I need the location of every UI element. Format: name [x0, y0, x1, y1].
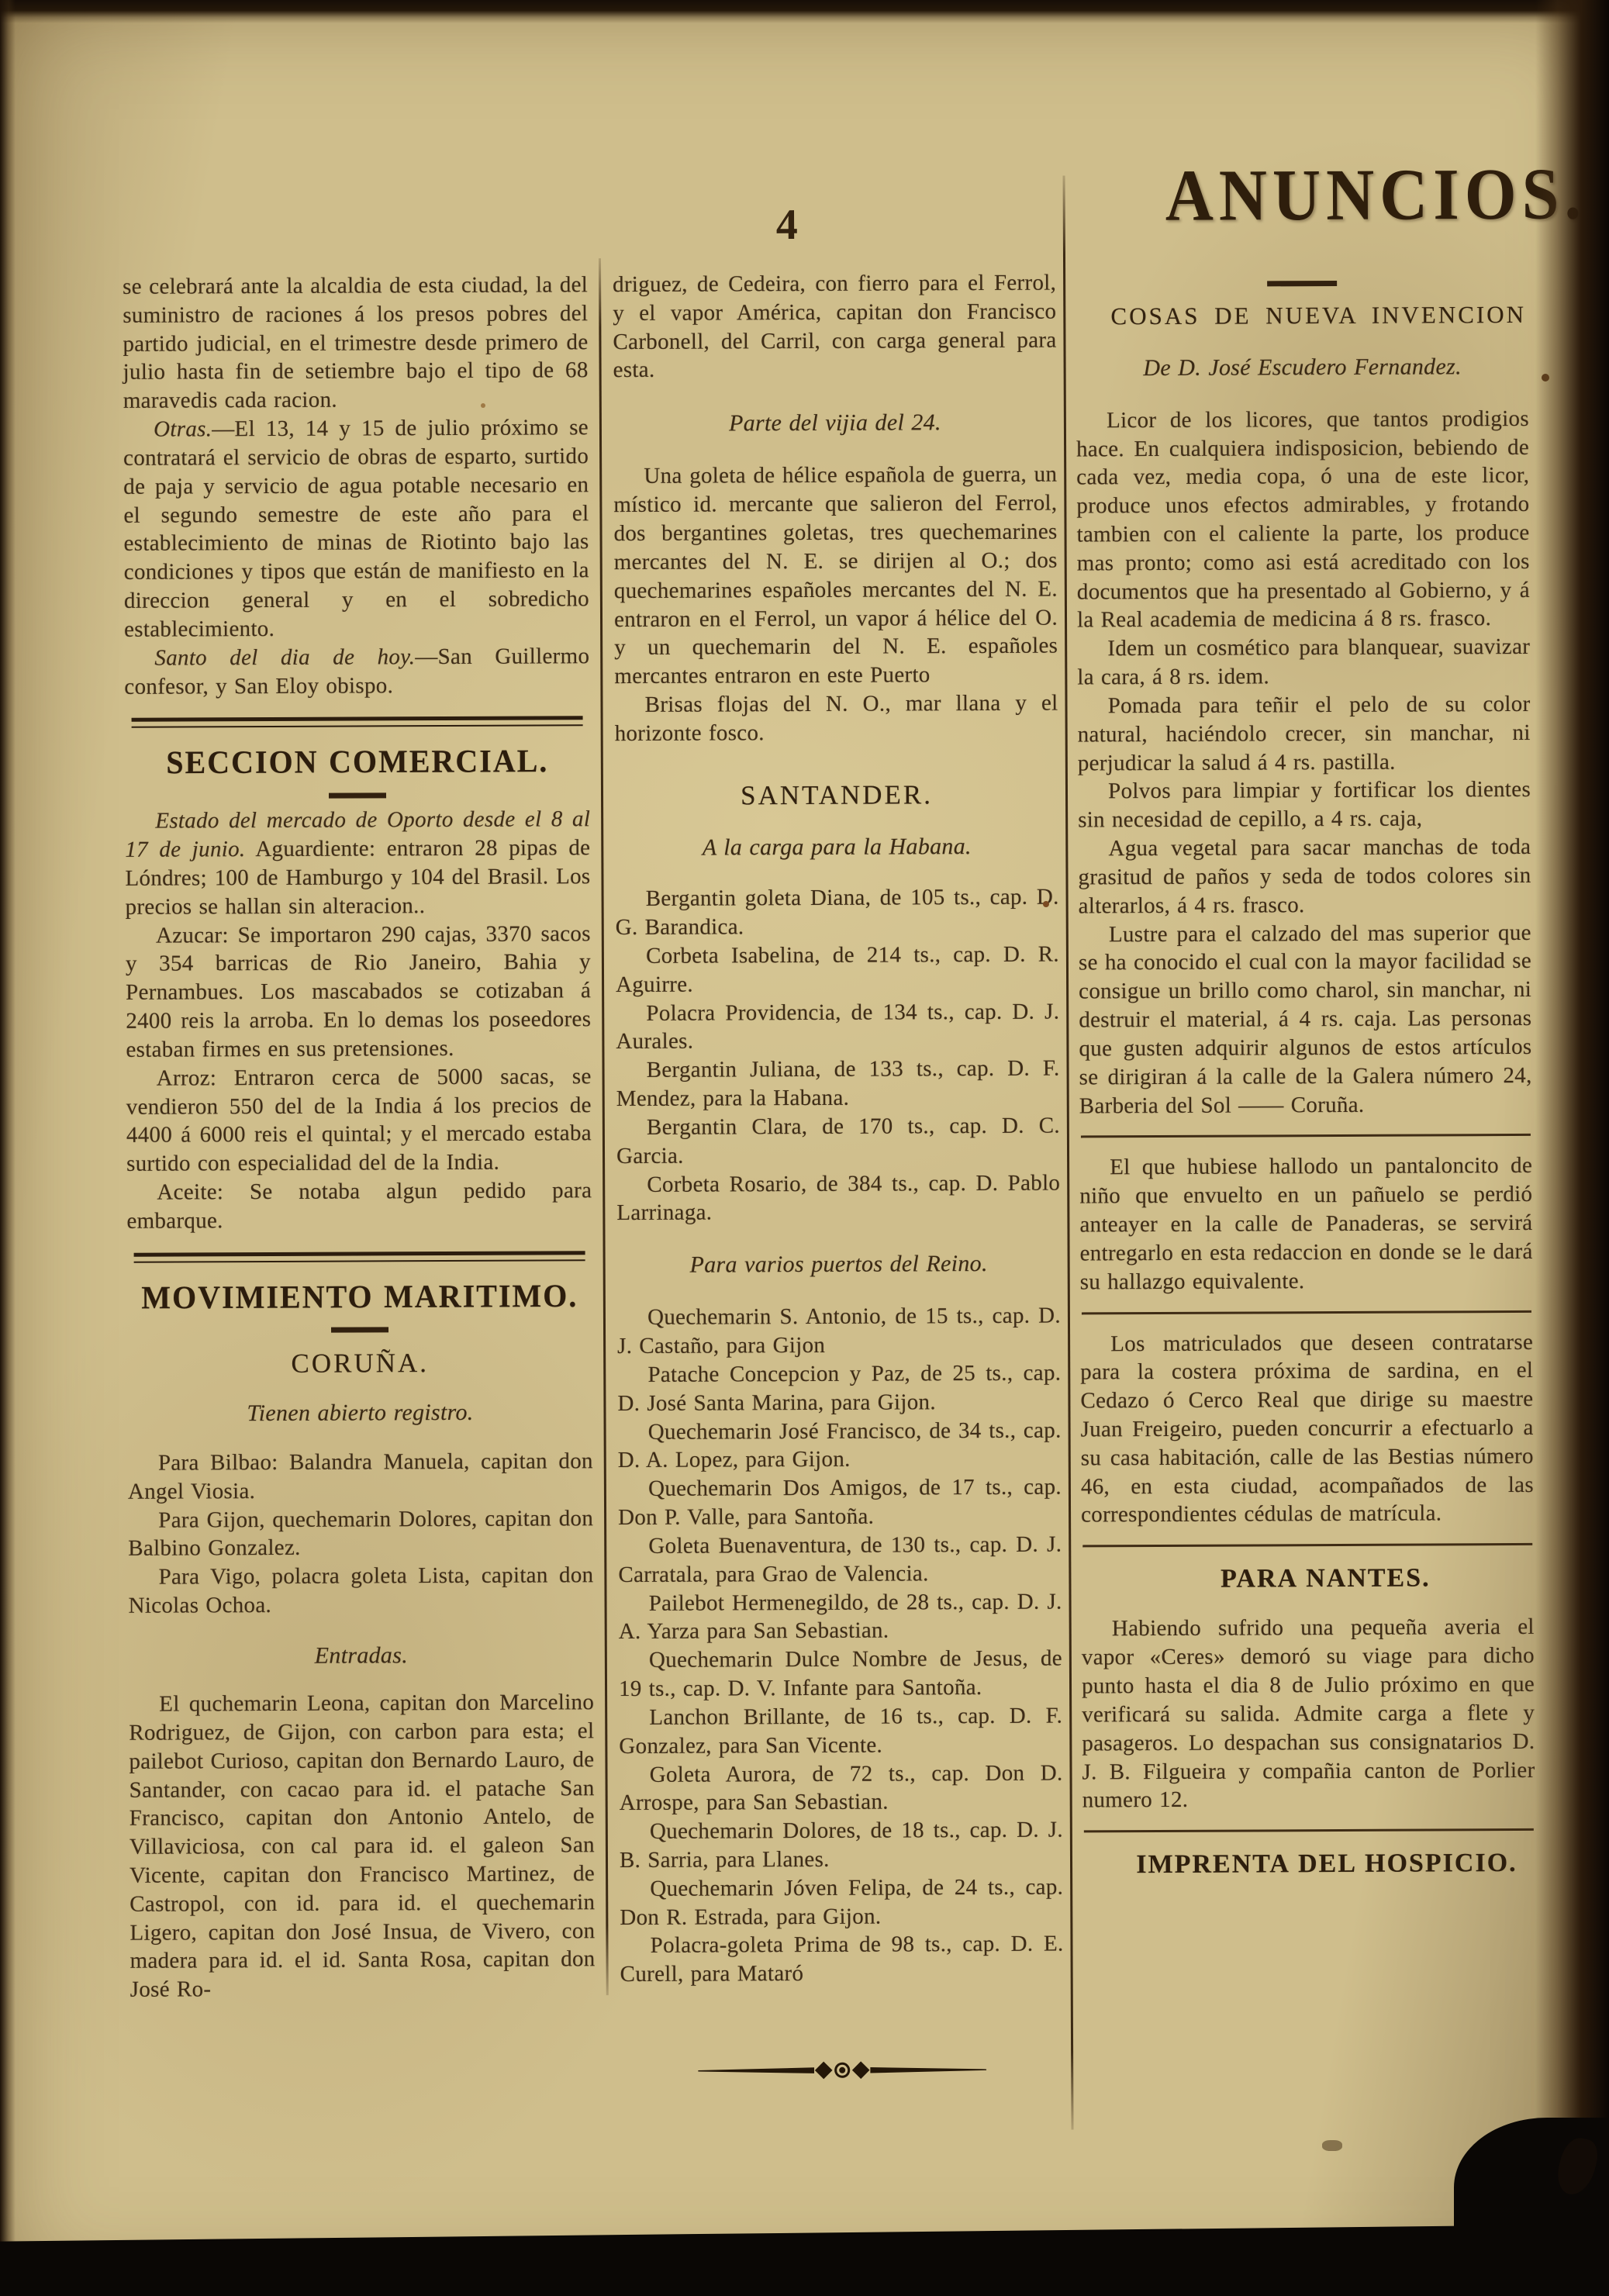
cosas-heading: COSAS DE NUEVA INVENCION — [1076, 299, 1528, 332]
paragraph: Aceite: Se notaba algun pedido para emba… — [126, 1176, 592, 1235]
subsection-heading: A la carga para la Habana. — [615, 832, 1058, 864]
ship-entry: Bergantin Clara, de 170 ts., cap. D. C. … — [616, 1111, 1060, 1170]
page-content: 4 se celebrará ante la alcaldia de esta … — [0, 0, 1609, 2296]
paragraph: Azucar: Se importaron 290 cajas, 3370 sa… — [126, 920, 592, 1065]
right-column: ANUNCIOS. COSAS DE NUEVA INVENCION De D.… — [1075, 152, 1535, 1882]
subsection-heading: Para varios puertos del Reino. — [617, 1249, 1061, 1281]
paragraph: Una goleta de hélice española de guerra,… — [613, 461, 1058, 691]
ad-paragraph: Habiendo sufrido una pequeña averia el v… — [1082, 1613, 1535, 1814]
subsection-heading: Tienen abierto registro. — [127, 1397, 592, 1429]
dash-divider — [331, 1328, 388, 1333]
ship-entry: Quechemarin José Francisco, de 34 ts., c… — [618, 1416, 1062, 1475]
ink-speck — [1542, 374, 1549, 382]
middle-column: driguez, de Cedeira, con fierro para el … — [613, 269, 1064, 2080]
ship-entry: Goleta Aurora, de 72 ts., cap. Don D. Ar… — [619, 1759, 1062, 1818]
dash-divider — [329, 793, 386, 799]
section-title-maritimo: MOVIMIENTO MARITIMO. — [127, 1276, 592, 1319]
dash-divider — [1267, 281, 1337, 286]
ship-entry: Lanchon Brillante, de 16 ts., cap. D. F.… — [619, 1701, 1062, 1760]
page-number: 4 — [741, 200, 834, 250]
ad-divider — [1084, 1828, 1534, 1833]
column-rule-right — [1063, 176, 1074, 2130]
left-column: se celebrará ante la alcaldia de esta ci… — [123, 271, 596, 2004]
ornament-bar-icon — [870, 2066, 986, 2074]
ad-paragraph: Lustre para el calzado del mas superior … — [1079, 918, 1532, 1120]
ship-entry: Para Bilbao: Balandra Manuela, capitan d… — [128, 1447, 593, 1506]
ship-entry: Goleta Buenaventura, de 130 ts., cap. D.… — [618, 1530, 1062, 1589]
ship-entry: Polacra Providencia, de 134 ts., cap. D.… — [616, 997, 1059, 1056]
scan-edge-right — [1535, 0, 1609, 2296]
anuncios-title: ANUNCIOS. — [1075, 147, 1528, 243]
subsection-heading: Parte del vijia del 24. — [613, 408, 1057, 440]
scan-edge-top — [0, 0, 1609, 23]
paragraph: Brisas flojas del N. O., mar llana y el … — [614, 689, 1058, 748]
paragraph: Otras.—El 13, 14 y 15 de julio próximo s… — [123, 413, 589, 644]
ornament-diamond-icon — [852, 2062, 870, 2080]
section-divider — [134, 1251, 585, 1263]
scan-edge-left — [0, 0, 16, 2296]
ad-paragraph: Pomada para teñir el pelo de su color na… — [1077, 690, 1530, 778]
ship-entry: Quechemarin Dolores, de 18 ts., cap. D. … — [620, 1816, 1063, 1875]
ship-entry: Quechemarin Jóven Felipa, de 24 ts., cap… — [620, 1873, 1063, 1932]
paragraph: Estado del mercado de Oporto desde el 8 … — [125, 805, 591, 921]
section-title-comercial: SECCION COMERCIAL. — [125, 741, 590, 784]
ship-entry: Polacra-goleta Prima de 98 ts., cap. D. … — [620, 1930, 1063, 1989]
imprenta-credit: IMPRENTA DEL HOSPICIO. — [1082, 1846, 1535, 1882]
ship-entry: Corbeta Isabelina, de 214 ts., cap. D. R… — [616, 940, 1059, 999]
paragraph: driguez, de Cedeira, con fierro para el … — [613, 269, 1057, 385]
ad-paragraph: Licor de los licores, que tantos prodigi… — [1076, 405, 1530, 635]
ornament-bar-icon — [698, 2067, 814, 2075]
port-heading: SANTANDER. — [615, 777, 1058, 813]
ship-entry: Bergantin Juliana, de 133 ts., cap. D. F… — [616, 1055, 1059, 1113]
subsection-heading: Entradas. — [129, 1640, 594, 1672]
paragraph-lead: Otras. — [154, 416, 212, 441]
paragraph-lead: Santo del dia de hoy. — [154, 644, 415, 670]
paragraph: se celebrará ante la alcaldia de esta ci… — [123, 271, 589, 416]
ship-entry: Para Gijon, quechemarin Dolores, capitan… — [128, 1504, 593, 1563]
section-divider — [132, 716, 583, 729]
ad-paragraph: Agua vegetal para sacar manchas de toda … — [1078, 833, 1531, 920]
ship-entry: Corbeta Rosario, de 384 ts., cap. D. Pab… — [616, 1169, 1060, 1227]
ad-paragraph: El que hubiese hallodo un pantaloncito d… — [1079, 1151, 1533, 1296]
ink-speck — [481, 403, 485, 408]
paragraph: Arroz: Entraron cerca de 5000 sacas, se … — [126, 1062, 592, 1179]
ad-paragraph: Idem un cosmético para blanquear, suaviz… — [1077, 633, 1530, 692]
ornament-circle-icon — [834, 2063, 850, 2078]
ad-divider — [1082, 1543, 1532, 1548]
cosas-subheading: De D. José Escudero Fernandez. — [1076, 351, 1529, 383]
ship-entry: Quechemarin Dulce Nombre de Jesus, de 19… — [619, 1645, 1062, 1704]
ship-entry: Para Vigo, polacra goleta Lista, capitan… — [128, 1561, 593, 1620]
ship-entry: Patache Concepcion y Paz, de 25 ts., cap… — [617, 1359, 1061, 1417]
ship-entry: Pailebot Hermenegildo, de 28 ts., cap. D… — [618, 1587, 1062, 1646]
ornament-divider — [620, 2062, 1064, 2079]
ink-speck — [1043, 901, 1049, 907]
ad-divider — [1082, 1310, 1531, 1314]
newspaper-page: 4 se celebrará ante la alcaldia de esta … — [0, 0, 1609, 2296]
column-rule-left — [599, 258, 609, 1995]
ad-paragraph: Los matriculados que deseen contratarse … — [1080, 1328, 1534, 1529]
ink-speck — [1322, 2140, 1342, 2151]
ship-entry: Quechemarin S. Antonio, de 15 ts., cap. … — [617, 1302, 1061, 1361]
paragraph: Santo del dia de hoy.—San Guillermo conf… — [124, 642, 589, 701]
ad-paragraph: Polvos para limpiar y fortificar los die… — [1078, 775, 1531, 834]
nantes-title: PARA NANTES. — [1081, 1561, 1534, 1597]
ornament-diamond-icon — [815, 2062, 833, 2080]
ship-entry: Quechemarin Dos Amigos, de 17 ts., cap. … — [618, 1473, 1062, 1532]
ship-entry: Bergantin goleta Diana, de 105 ts., cap.… — [616, 883, 1059, 942]
ad-divider — [1081, 1134, 1531, 1138]
paragraph: El quchemarin Leona, capitan don Marceli… — [129, 1688, 596, 2004]
port-heading: CORUÑA. — [127, 1346, 592, 1383]
